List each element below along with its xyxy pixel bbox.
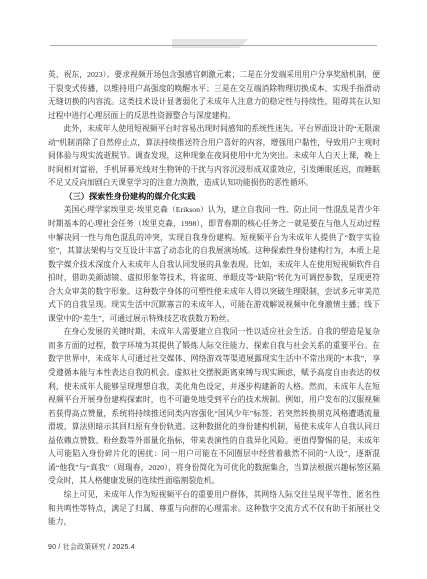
body-paragraph-summary: 综上可见，未成年人作为短视频平台的重要用户群体，其网络人际交往呈现平等性、匿名性… <box>48 488 380 529</box>
header-tab-decoration <box>172 39 249 48</box>
section-heading: （三）探索性身份建构的媒介化实践 <box>48 190 380 204</box>
body-paragraph-erikson: 美国心理学家埃里克·埃里克森（Erikson）认为，建立自我同一性、防止同一性混… <box>48 203 380 325</box>
body-paragraph-time-loss: 此外，未成年人使用短视频平台时容易出现时间感知的系统性迷失。平台界面设计的“无限… <box>48 122 380 190</box>
article-body: 英、祝东，2023）。要求视频开场包含强感官刺激元素；二是在分发端采用用户分享奖… <box>48 68 380 529</box>
header-rule <box>50 45 377 46</box>
body-paragraph-identity: 在身心发展的关键时期，未成年人需要建立自我同一性以适应社会生活。自我的塑造是复杂… <box>48 325 380 488</box>
body-paragraph-continuation: 英、祝东，2023）。要求视频开场包含强感官刺激元素；二是在分发端采用用户分享奖… <box>48 68 380 122</box>
page-footer: 90 / 社会政策研究 / 2025.4 <box>48 542 135 552</box>
journal-page: 英、祝东，2023）。要求视频开场包含强感官刺激元素；二是在分发端采用用户分享奖… <box>0 0 427 579</box>
